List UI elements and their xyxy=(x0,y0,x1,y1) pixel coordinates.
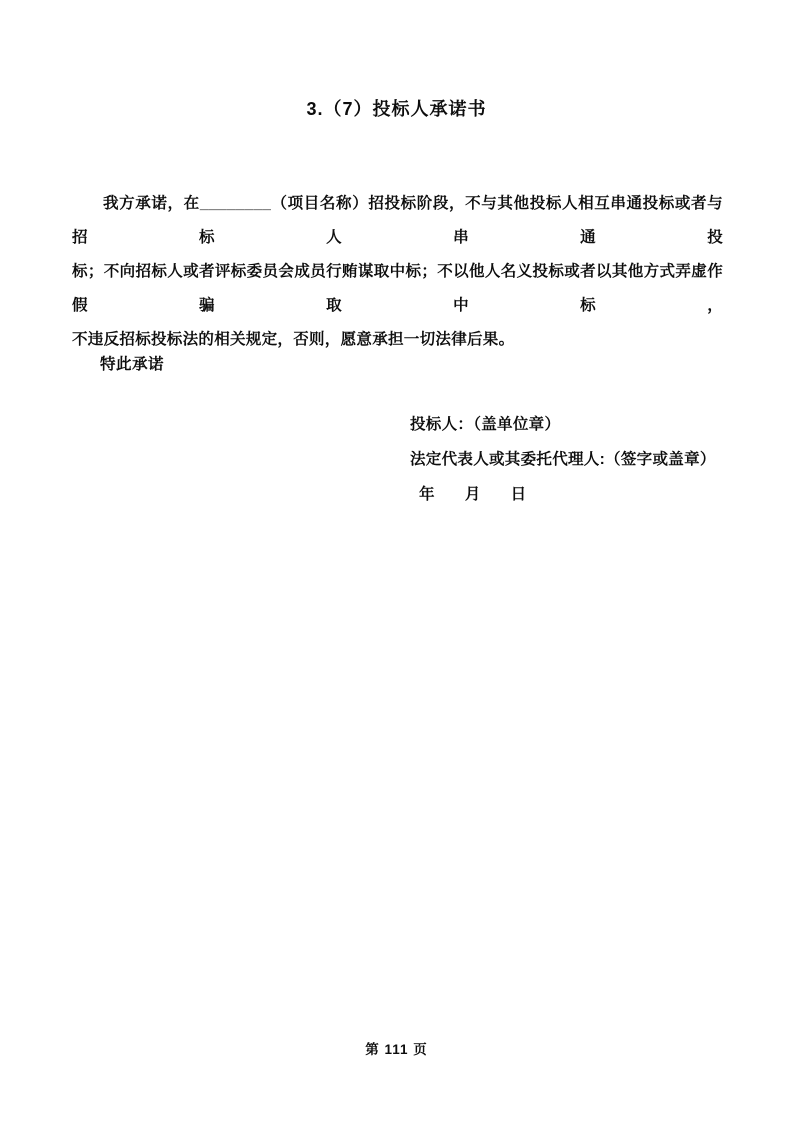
legal-representative-line: 法定代表人或其委托代理人:（签字或盖章） xyxy=(410,442,716,477)
bidder-seal-line: 投标人：（盖单位章） xyxy=(410,407,716,442)
hereby-commitment-line: 特此承诺 xyxy=(100,356,164,373)
page-title: 3.（7）投标人承诺书 xyxy=(0,98,793,120)
paragraph-line-1: 我方承诺，在________（项目名称）招投标阶段，不与其他投标人相互串通投标或… xyxy=(72,187,723,255)
paragraph-line-2: 标；不向招标人或者评标委员会成员行贿谋取中标；不以他人名义投标或者以其他方式弄虚… xyxy=(72,255,723,323)
page-footer: 第 111 页 xyxy=(0,1041,793,1059)
document-page: 3.（7）投标人承诺书 我方承诺，在________（项目名称）招投标阶段，不与… xyxy=(0,0,793,1121)
commitment-paragraph: 我方承诺，在________（项目名称）招投标阶段，不与其他投标人相互串通投标或… xyxy=(72,187,723,357)
page-number: 第 111 页 xyxy=(365,1042,428,1057)
date-line: 年月日 xyxy=(410,477,716,512)
signature-block: 投标人：（盖单位章） 法定代表人或其委托代理人:（签字或盖章） 年月日 xyxy=(410,407,716,512)
day-label: 日 xyxy=(511,486,527,503)
year-label: 年 xyxy=(419,486,435,503)
paragraph-line-3: 不违反招标投标法的相关规定，否则，愿意承担一切法律后果。 xyxy=(72,323,723,357)
month-label: 月 xyxy=(465,486,481,503)
